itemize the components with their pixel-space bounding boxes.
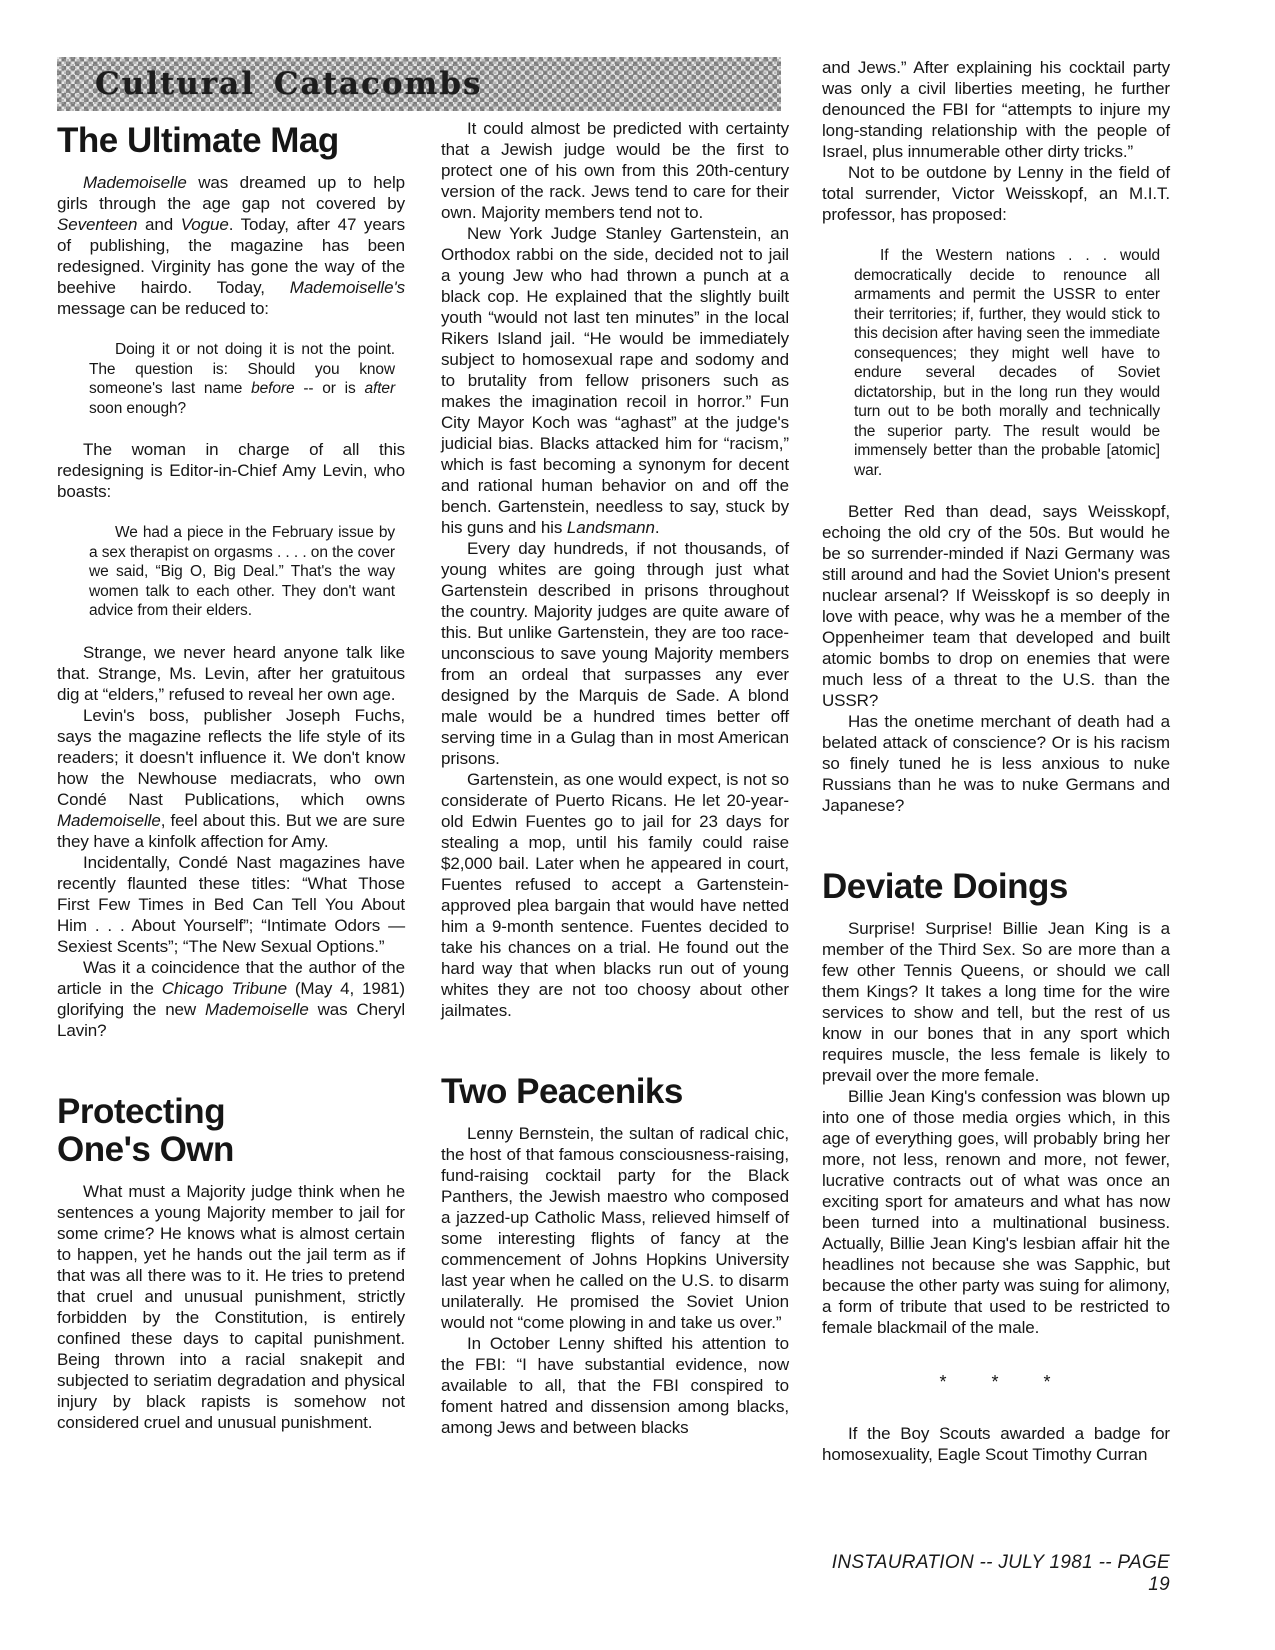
paragraph: New York Judge Stanley Gartenstein, an O… xyxy=(441,223,789,538)
paragraph: It could almost be predicted with certai… xyxy=(441,118,789,223)
page-footer: INSTAURATION -- JULY 1981 -- PAGE 19 xyxy=(822,1552,1170,1596)
column-middle: It could almost be predicted with certai… xyxy=(441,118,789,1438)
headline-protecting-ones-own: Protecting One's Own xyxy=(57,1093,405,1169)
headline-deviate-doings: Deviate Doings xyxy=(822,868,1170,906)
paragraph: Billie Jean King's confession was blown … xyxy=(822,1086,1170,1338)
asterisk-separator: * * * xyxy=(822,1372,1170,1393)
headline-two-peaceniks: Two Peaceniks xyxy=(441,1073,789,1111)
section-banner: Cultural Catacombs xyxy=(57,57,781,111)
paragraph-continued-next-column: In October Lenny shifted his attention t… xyxy=(441,1333,789,1438)
pull-quote: If the Western nations . . . would democ… xyxy=(854,246,1160,480)
paragraph: Gartenstein, as one would expect, is not… xyxy=(441,769,789,1021)
paragraph: Mademoiselle was dreamed up to help girl… xyxy=(57,172,405,319)
paragraph: Strange, we never heard anyone talk like… xyxy=(57,642,405,705)
pull-quote: We had a piece in the February issue by … xyxy=(89,523,395,621)
magazine-page: Cultural Catacombs The Ultimate Mag Made… xyxy=(0,0,1275,1650)
paragraph: What must a Majority judge think when he… xyxy=(57,1181,405,1433)
column-right: and Jews.” After explaining his cocktail… xyxy=(822,57,1170,1465)
section-banner-title: Cultural Catacombs xyxy=(57,57,781,111)
paragraph: Lenny Bernstein, the sultan of radical c… xyxy=(441,1123,789,1333)
paragraph: Has the onetime merchant of death had a … xyxy=(822,711,1170,816)
paragraph: Incidentally, Condé Nast magazines have … xyxy=(57,852,405,957)
pull-quote: Doing it or not doing it is not the poin… xyxy=(89,340,395,418)
headline-the-ultimate-mag: The Ultimate Mag xyxy=(57,122,405,160)
paragraph: The woman in charge of all this redesign… xyxy=(57,439,405,502)
column-left: The Ultimate Mag Mademoiselle was dreame… xyxy=(57,122,405,1433)
paragraph: Better Red than dead, says Weisskopf, ec… xyxy=(822,501,1170,711)
paragraph-continued-next-page: If the Boy Scouts awarded a badge for ho… xyxy=(822,1423,1170,1465)
paragraph-continuation: and Jews.” After explaining his cocktail… xyxy=(822,57,1170,162)
paragraph: Was it a coincidence that the author of … xyxy=(57,957,405,1041)
paragraph: Levin's boss, publisher Joseph Fuchs, sa… xyxy=(57,705,405,852)
paragraph: Not to be outdone by Lenny in the field … xyxy=(822,162,1170,225)
paragraph: Surprise! Surprise! Billie Jean King is … xyxy=(822,918,1170,1086)
paragraph: Every day hundreds, if not thousands, of… xyxy=(441,538,789,769)
